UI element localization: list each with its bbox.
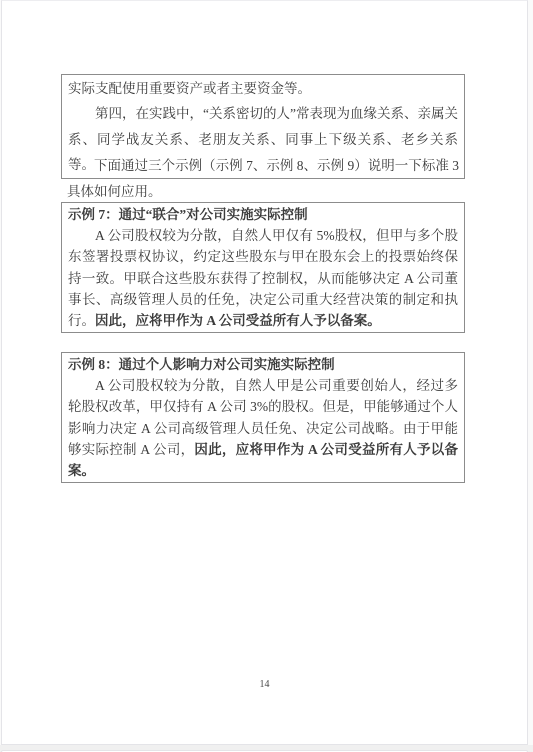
example8-title: 示例 8：通过个人影响力对公司实施实际控制 xyxy=(68,354,458,375)
paragraph: A 公司股权较为分散，自然人甲仅有 5%股权，但甲与多个股东签署投票权协议，约定… xyxy=(68,225,458,331)
example8-box: 示例 8：通过个人影响力对公司实施实际控制 A 公司股权较为分散，自然人甲是公司… xyxy=(61,352,465,483)
example8-body: A 公司股权较为分散，自然人甲是公司重要创始人，经过多轮股权改革，甲仅持有 A … xyxy=(68,375,458,481)
page-number: 14 xyxy=(2,679,527,690)
paragraph: 实际支配使用重要资产或者主要资金等。 xyxy=(68,76,458,101)
paragraph: A 公司股权较为分散，自然人甲是公司重要创始人，经过多轮股权改革，甲仅持有 A … xyxy=(68,375,458,481)
intro-paragraph: 下面通过三个示例（示例 7、示例 8、示例 9）说明一下标准 3 具体如何应用。 xyxy=(61,153,465,204)
example7-box: 示例 7：通过“联合”对公司实施实际控制 A 公司股权较为分散，自然人甲仅有 5… xyxy=(61,202,465,333)
example7-title: 示例 7：通过“联合”对公司实施实际控制 xyxy=(68,204,458,225)
example7-body: A 公司股权较为分散，自然人甲仅有 5%股权，但甲与多个股东签署投票权协议，约定… xyxy=(68,225,458,331)
paragraph: 下面通过三个示例（示例 7、示例 8、示例 9）说明一下标准 3 具体如何应用。 xyxy=(67,153,459,204)
document-page: 实际支配使用重要资产或者主要资金等。第四，在实践中，“关系密切的人”常表现为血缘… xyxy=(1,0,528,745)
